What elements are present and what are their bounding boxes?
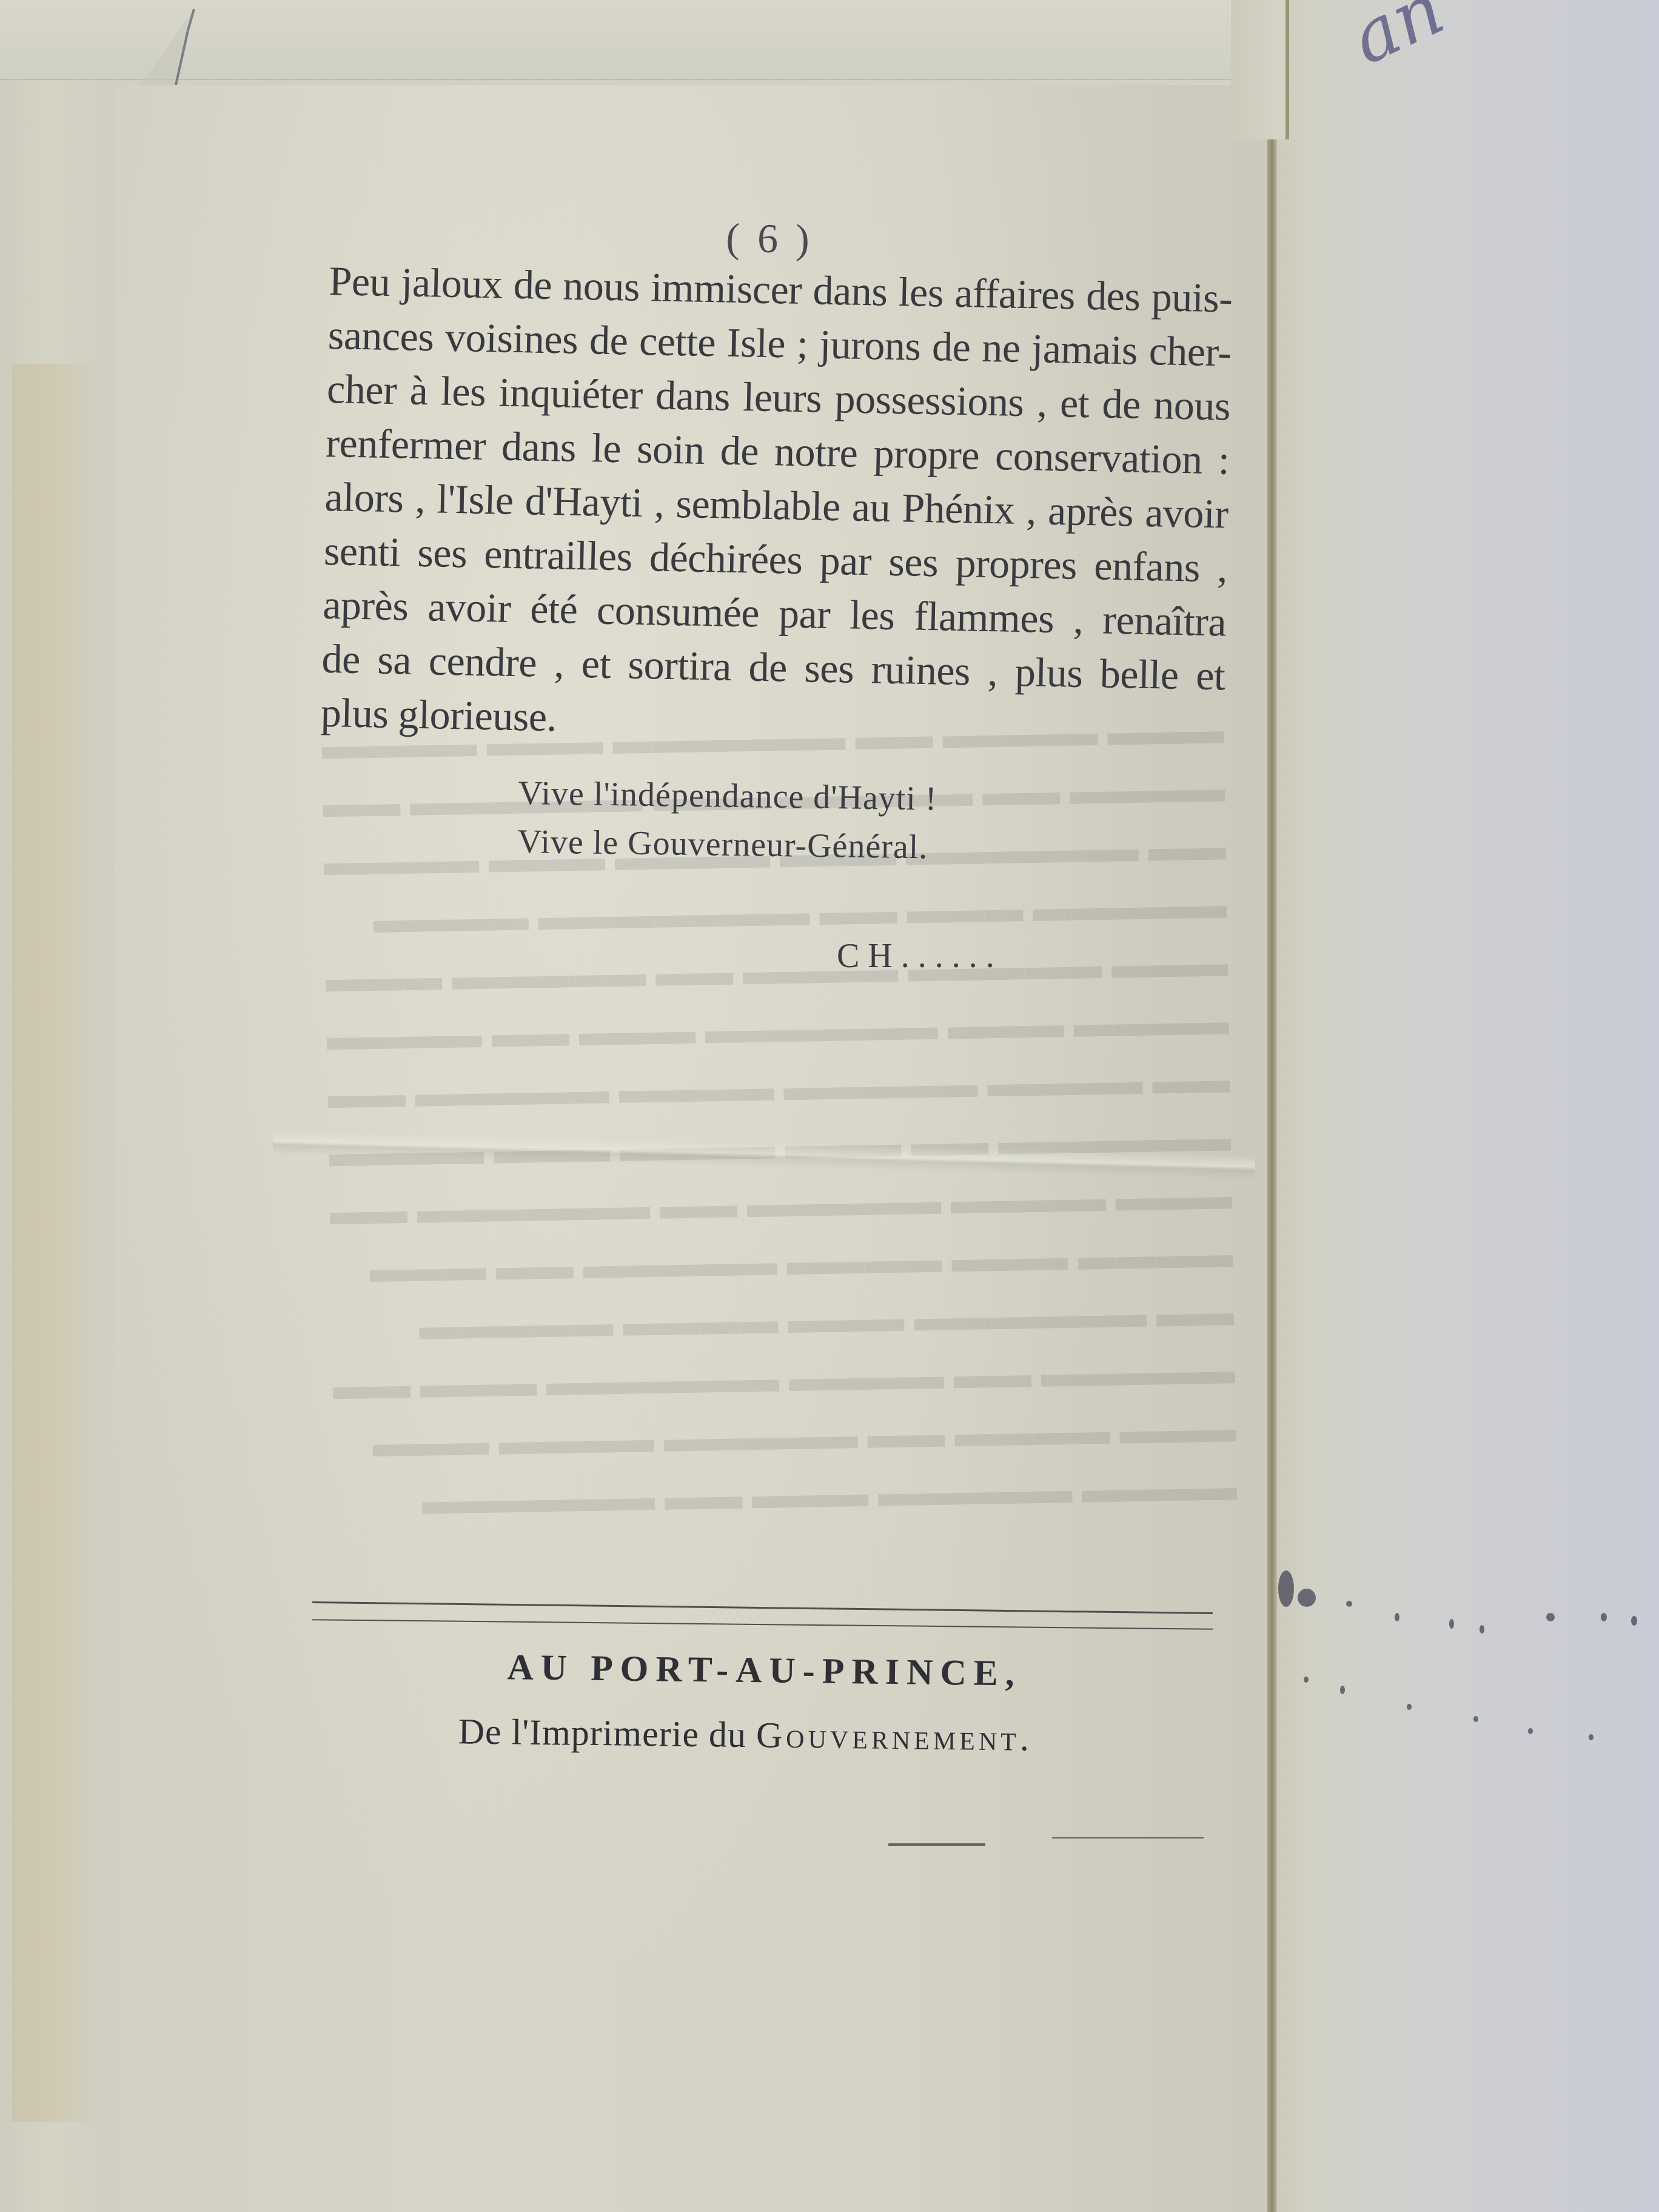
imprint-press-name: Gouvernement. bbox=[756, 1715, 1033, 1758]
acclamation-governor: Vive le Gouverneur-Général. bbox=[517, 817, 937, 872]
bottom-rule-fragment bbox=[1052, 1837, 1204, 1838]
page-gutter-edge bbox=[1267, 85, 1277, 2212]
body-text-block: ( 6 ) Peu jaloux de nous immiscer dans l… bbox=[320, 206, 1234, 757]
margin-stain bbox=[12, 364, 103, 2122]
bottom-rule-fragment bbox=[888, 1843, 985, 1846]
printer-imprint: AU PORT-AU-PRINCE, De l'Imprimerie du Go… bbox=[315, 1644, 1177, 1761]
acclamations: Vive l'indépendance d'Hayti ! Vive le Go… bbox=[517, 769, 937, 872]
imprint-press-prefix: De l'Imprimerie du bbox=[458, 1711, 756, 1755]
facing-page bbox=[1277, 0, 1659, 2212]
facing-page-top-edge bbox=[1231, 0, 1289, 139]
acclamation-independence: Vive l'indépendance d'Hayti ! bbox=[518, 769, 937, 823]
ink-offset-specks bbox=[1273, 1552, 1659, 1734]
signature: CH...... bbox=[837, 937, 1003, 976]
